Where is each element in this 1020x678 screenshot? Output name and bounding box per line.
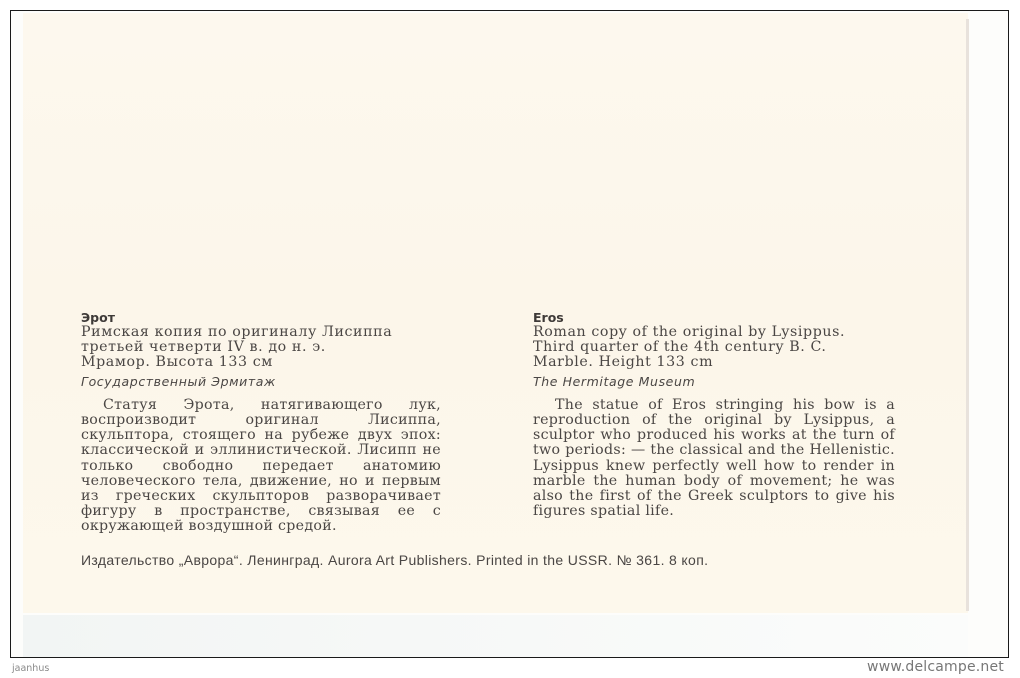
description-en: The statue of Eros stringing his bow is … [533,398,895,520]
description-ru: Статуя Эрота, натягивающего лук, воспрои… [81,398,441,535]
site-watermark: www.delcampe.net [867,659,1004,675]
artwork-date-ru: третьей четверти IV в. до н. э. [81,340,441,355]
postcard-edge [966,19,969,611]
russian-caption-column: Эрот Римская копия по оригиналу Лисиппа … [81,311,441,535]
artwork-title-ru: Эрот [81,311,441,325]
museum-name-ru: Государственный Эрмитаж [81,374,441,389]
artwork-material-ru: Мрамор. Высота 133 см [81,355,441,370]
artwork-material-en: Marble. Height 133 cm [533,355,895,370]
seller-watermark: jaanhus [12,663,49,674]
artwork-origin-ru: Римская копия по оригиналу Лисиппа [81,325,441,340]
artwork-title-en: Eros [533,311,895,325]
english-caption-column: Eros Roman copy of the original by Lysip… [533,311,895,519]
publisher-imprint: Издательство „Аврора“. Ленинград. Aurora… [81,552,893,568]
scan-background-strip [23,615,968,657]
artwork-origin-en: Roman copy of the original by Lysippus. [533,325,895,340]
artwork-date-en: Third quarter of the 4th century B. C. [533,340,895,355]
museum-name-en: The Hermitage Museum [533,374,895,389]
